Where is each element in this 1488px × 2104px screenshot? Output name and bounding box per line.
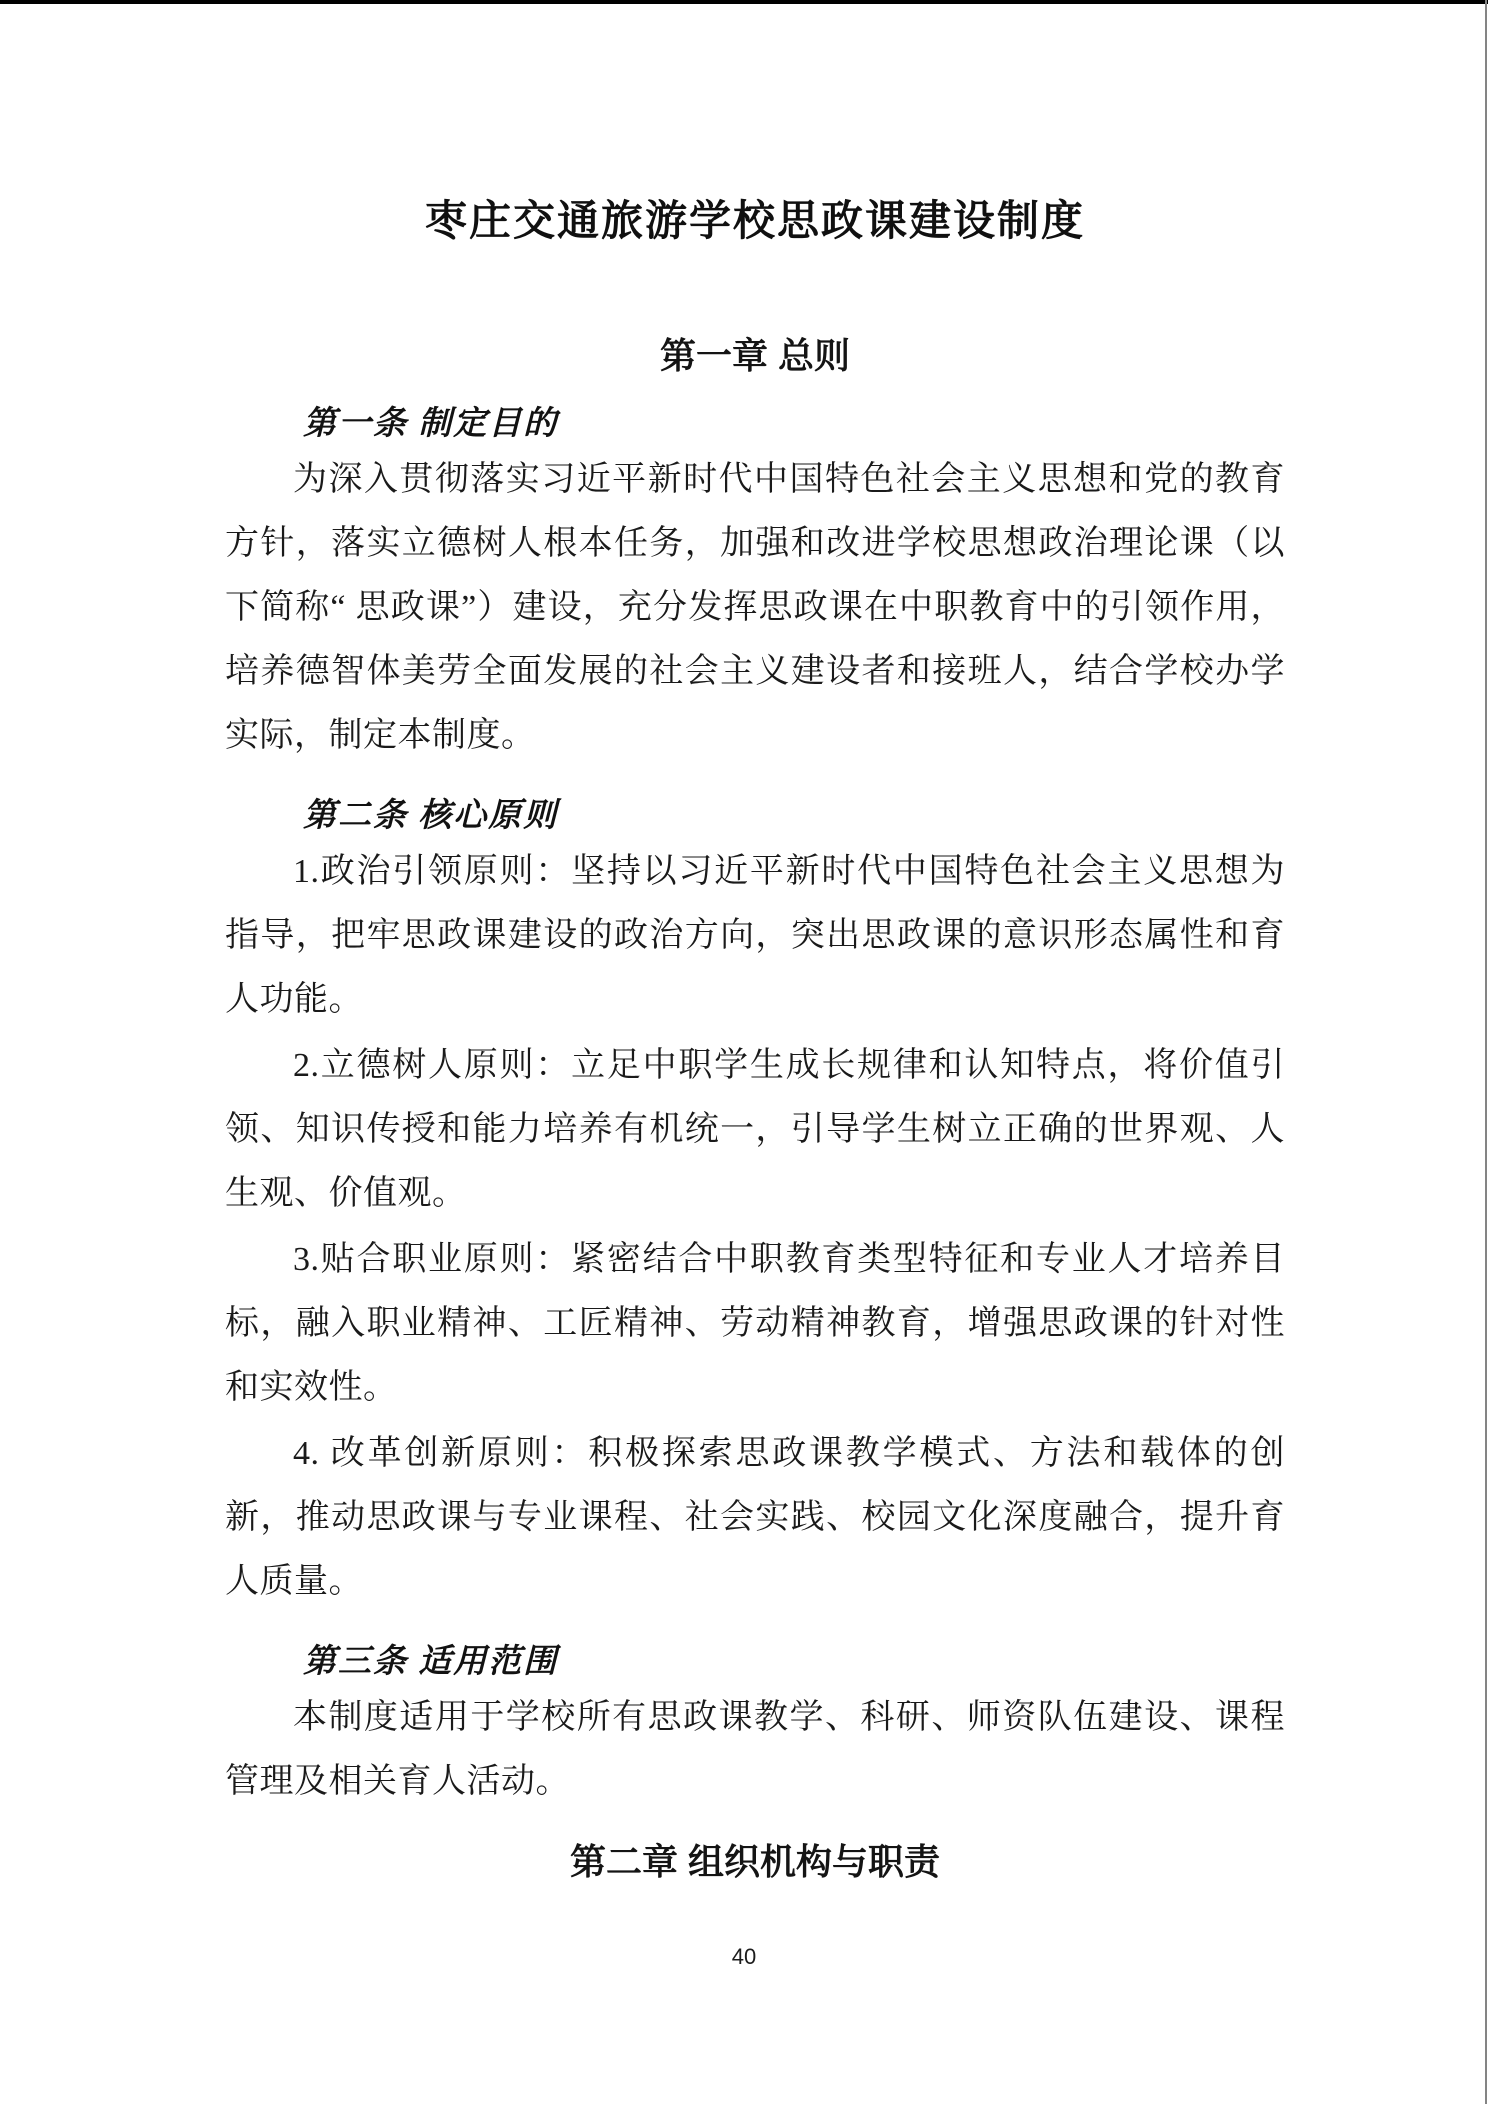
page-right-border xyxy=(1485,0,1487,2104)
page-number: 40 xyxy=(0,1944,1488,1970)
article-3-heading: 第三条 适用范围 xyxy=(225,1642,1285,1682)
chapter-1-heading: 第一章 总则 xyxy=(225,336,1285,376)
article-2-principle-4: 4. 改革创新原则：积极探索思政课教学模式、方法和载体的创新，推动思政课与专业课… xyxy=(225,1422,1285,1614)
document-page: 枣庄交通旅游学校思政课建设制度 第一章 总则 第一条 制定目的 为深入贯彻落实习… xyxy=(225,0,1285,1882)
article-2-principle-1: 1.政治引领原则：坚持以习近平新时代中国特色社会主义思想为指导，把牢思政课建设的… xyxy=(225,840,1285,1032)
article-2-heading: 第二条 核心原则 xyxy=(225,796,1285,836)
chapter-2-heading: 第二章 组织机构与职责 xyxy=(225,1842,1285,1882)
article-3-paragraph: 本制度适用于学校所有思政课教学、科研、师资队伍建设、课程管理及相关育人活动。 xyxy=(225,1686,1285,1814)
article-1-heading: 第一条 制定目的 xyxy=(225,404,1285,444)
article-1-paragraph: 为深入贯彻落实习近平新时代中国特色社会主义思想和党的教育方针，落实立德树人根本任… xyxy=(225,448,1285,768)
article-2-principle-3: 3.贴合职业原则：紧密结合中职教育类型特征和专业人才培养目标，融入职业精神、工匠… xyxy=(225,1228,1285,1420)
document-title: 枣庄交通旅游学校思政课建设制度 xyxy=(225,0,1285,246)
article-2-principle-2: 2.立德树人原则：立足中职学生成长规律和认知特点，将价值引领、知识传授和能力培养… xyxy=(225,1034,1285,1226)
